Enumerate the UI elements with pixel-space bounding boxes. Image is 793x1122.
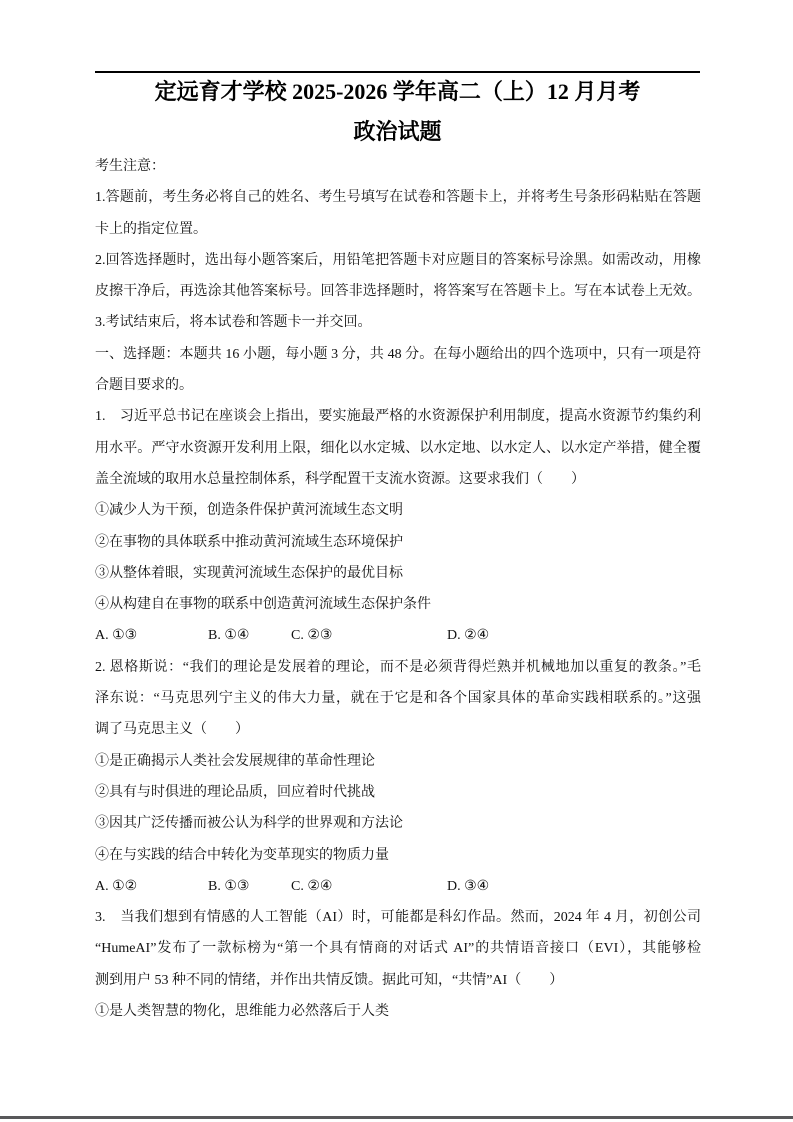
question-2-statement-2: ②具有与时俱进的理论品质，回应着时代挑战 (95, 777, 701, 808)
question-2-stem-line-2: 泽东说：“马克思列宁主义的伟大力量，就在于它是和各个国家具体的革命实践相联系的。… (95, 683, 701, 714)
question-2-option-a: A. ①② (95, 871, 137, 902)
exam-subtitle: 政治试题 (95, 118, 700, 146)
page-bottom-divider-rule (0, 1116, 793, 1119)
notice-item-1-line-2: 卡上的指定位置。 (95, 214, 701, 245)
header-divider-rule (95, 71, 700, 73)
question-1-statement-1: ①减少人为干预，创造条件保护黄河流域生态文明 (95, 495, 701, 526)
question-3-stem-line-3: 测到用户 53 种不同的情绪，并作出共情反馈。据此可知，“共情”AI（ ） (95, 965, 701, 996)
question-2-option-b: B. ①③ (208, 871, 249, 902)
question-1-option-d: D. ②④ (447, 620, 489, 651)
notice-item-1-line-1: 1.答题前，考生务必将自己的姓名、考生号填写在试卷和答题卡上，并将考生号条形码粘… (95, 182, 701, 213)
question-1-statement-4: ④从构建自在事物的联系中创造黄河流域生态保护条件 (95, 589, 701, 620)
exam-title: 定远育才学校 2025-2026 学年高二（上）12 月月考 (95, 78, 700, 106)
question-1-options-row: A. ①③ B. ①④ C. ②③ D. ②④ (95, 620, 701, 651)
question-1-stem-line-1: 1. 习近平总书记在座谈会上指出，要实施最严格的水资源保护利用制度，提高水资源节… (95, 401, 701, 432)
question-2-option-d: D. ③④ (447, 871, 489, 902)
question-1-statement-3: ③从整体着眼，实现黄河流域生态保护的最优目标 (95, 558, 701, 589)
question-2-statement-4: ④在与实践的结合中转化为变革现实的物质力量 (95, 840, 701, 871)
question-1-stem-line-2: 用水平。严守水资源开发利用上限，细化以水定城、以水定地、以水定人、以水定产举措，… (95, 433, 701, 464)
exam-body: 考生注意： 1.答题前，考生务必将自己的姓名、考生号填写在试卷和答题卡上，并将考… (95, 151, 701, 1027)
question-1-statement-2: ②在事物的具体联系中推动黄河流域生态环境保护 (95, 527, 701, 558)
question-2-stem-line-1: 2. 恩格斯说：“我们的理论是发展着的理论，而不是必须背得烂熟并机械地加以重复的… (95, 652, 701, 683)
question-3-statement-1: ①是人类智慧的物化，思维能力必然落后于人类 (95, 996, 701, 1027)
notice-item-2-line-2: 皮擦干净后，再选涂其他答案标号。回答非选择题时，将答案写在答题卡上。写在本试卷上… (95, 276, 701, 307)
section-intro-line-1: 一、选择题：本题共 16 小题，每小题 3 分，共 48 分。在每小题给出的四个… (95, 339, 701, 370)
notice-item-2-line-1: 2.回答选择题时，选出每小题答案后，用铅笔把答题卡对应题目的答案标号涂黑。如需改… (95, 245, 701, 276)
question-1-option-a: A. ①③ (95, 620, 137, 651)
exam-document-page: 定远育才学校 2025-2026 学年高二（上）12 月月考 政治试题 考生注意… (0, 0, 793, 1122)
notice-heading: 考生注意： (95, 151, 701, 182)
question-1-option-c: C. ②③ (291, 620, 332, 651)
question-3-stem-line-2: “HumeAI”发布了一款标榜为“第一个具有情商的对话式 AI”的共情语音接口（… (95, 933, 701, 964)
section-intro-line-2: 合题目要求的。 (95, 370, 701, 401)
question-2-statement-3: ③因其广泛传播而被公认为科学的世界观和方法论 (95, 808, 701, 839)
notice-item-3: 3.考试结束后，将本试卷和答题卡一并交回。 (95, 307, 701, 338)
question-2-option-c: C. ②④ (291, 871, 332, 902)
question-2-options-row: A. ①② B. ①③ C. ②④ D. ③④ (95, 871, 701, 902)
question-3-stem-line-1: 3. 当我们想到有情感的人工智能（AI）时，可能都是科幻作品。然而，2024 年… (95, 902, 701, 933)
question-2-stem-line-3: 调了马克思主义（ ） (95, 714, 701, 745)
question-1-stem-line-3: 盖全流域的取用水总量控制体系，科学配置干支流水资源。这要求我们（ ） (95, 464, 701, 495)
question-2-statement-1: ①是正确揭示人类社会发展规律的革命性理论 (95, 746, 701, 777)
question-1-option-b: B. ①④ (208, 620, 249, 651)
